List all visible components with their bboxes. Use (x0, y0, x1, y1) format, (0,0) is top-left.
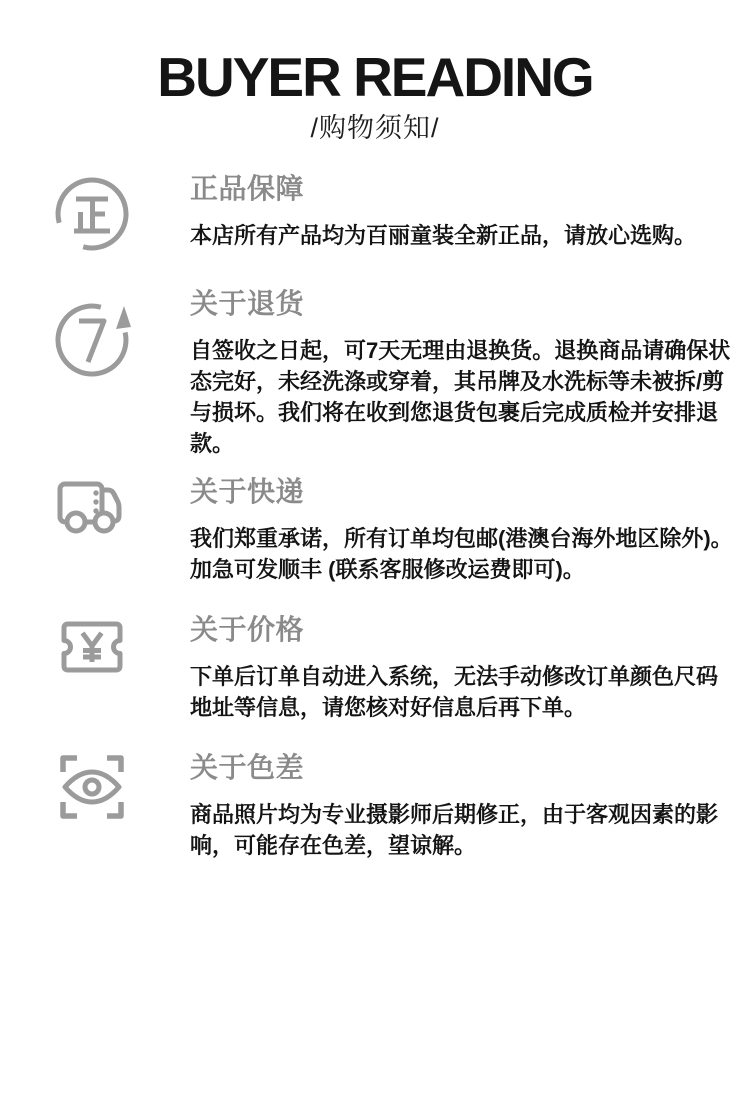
section-body: 自签收之日起，可7天无理由退换货。退换商品请确保状态完好，未经洗涤或穿着，其吊牌… (190, 335, 738, 459)
section-body: 下单后订单自动进入系统，无法手动修改订单颜色尺码地址等信息，请您核对好信息后再下… (190, 661, 738, 723)
section-title: 关于快递 (190, 477, 738, 507)
eye-scan-icon (52, 747, 132, 827)
buyer-reading-notice: BUYER READING /购物须知/ 正品保障 本店所有产品均为百丽童装全新… (0, 0, 750, 1096)
seven-day-return-icon (52, 300, 132, 380)
section-body: 本店所有产品均为百丽童装全新正品，请放心选购。 (190, 220, 738, 251)
section-color-difference: 关于色差 商品照片均为专业摄影师后期修正，由于客观因素的影响，可能存在色差，望谅… (52, 753, 738, 861)
section-returns: 关于退货 自签收之日起，可7天无理由退换货。退换商品请确保状态完好，未经洗涤或穿… (52, 289, 738, 459)
section-body: 我们郑重承诺，所有订单均包邮(港澳台海外地区除外)。加急可发顺丰 (联系客服修改… (190, 523, 738, 585)
delivery-truck-icon (52, 466, 132, 546)
section-title: 关于价格 (190, 615, 738, 645)
section-body: 商品照片均为专业摄影师后期修正，由于客观因素的影响，可能存在色差，望谅解。 (190, 799, 738, 861)
section-title: 关于色差 (190, 753, 738, 783)
section-shipping: 关于快递 我们郑重承诺，所有订单均包邮(港澳台海外地区除外)。加急可发顺丰 (联… (52, 477, 738, 585)
section-price: 关于价格 下单后订单自动进入系统，无法手动修改订单颜色尺码地址等信息，请您核对好… (52, 615, 738, 723)
page-title: BUYER READING (0, 48, 750, 106)
section-authenticity: 正品保障 本店所有产品均为百丽童装全新正品，请放心选购。 (52, 174, 738, 254)
header: BUYER READING /购物须知/ (0, 0, 750, 144)
section-title: 关于退货 (190, 289, 738, 319)
section-title: 正品保障 (190, 174, 738, 204)
authentic-seal-icon (52, 174, 132, 254)
page-subtitle: /购物须知/ (0, 112, 750, 144)
price-ticket-icon (52, 607, 132, 687)
